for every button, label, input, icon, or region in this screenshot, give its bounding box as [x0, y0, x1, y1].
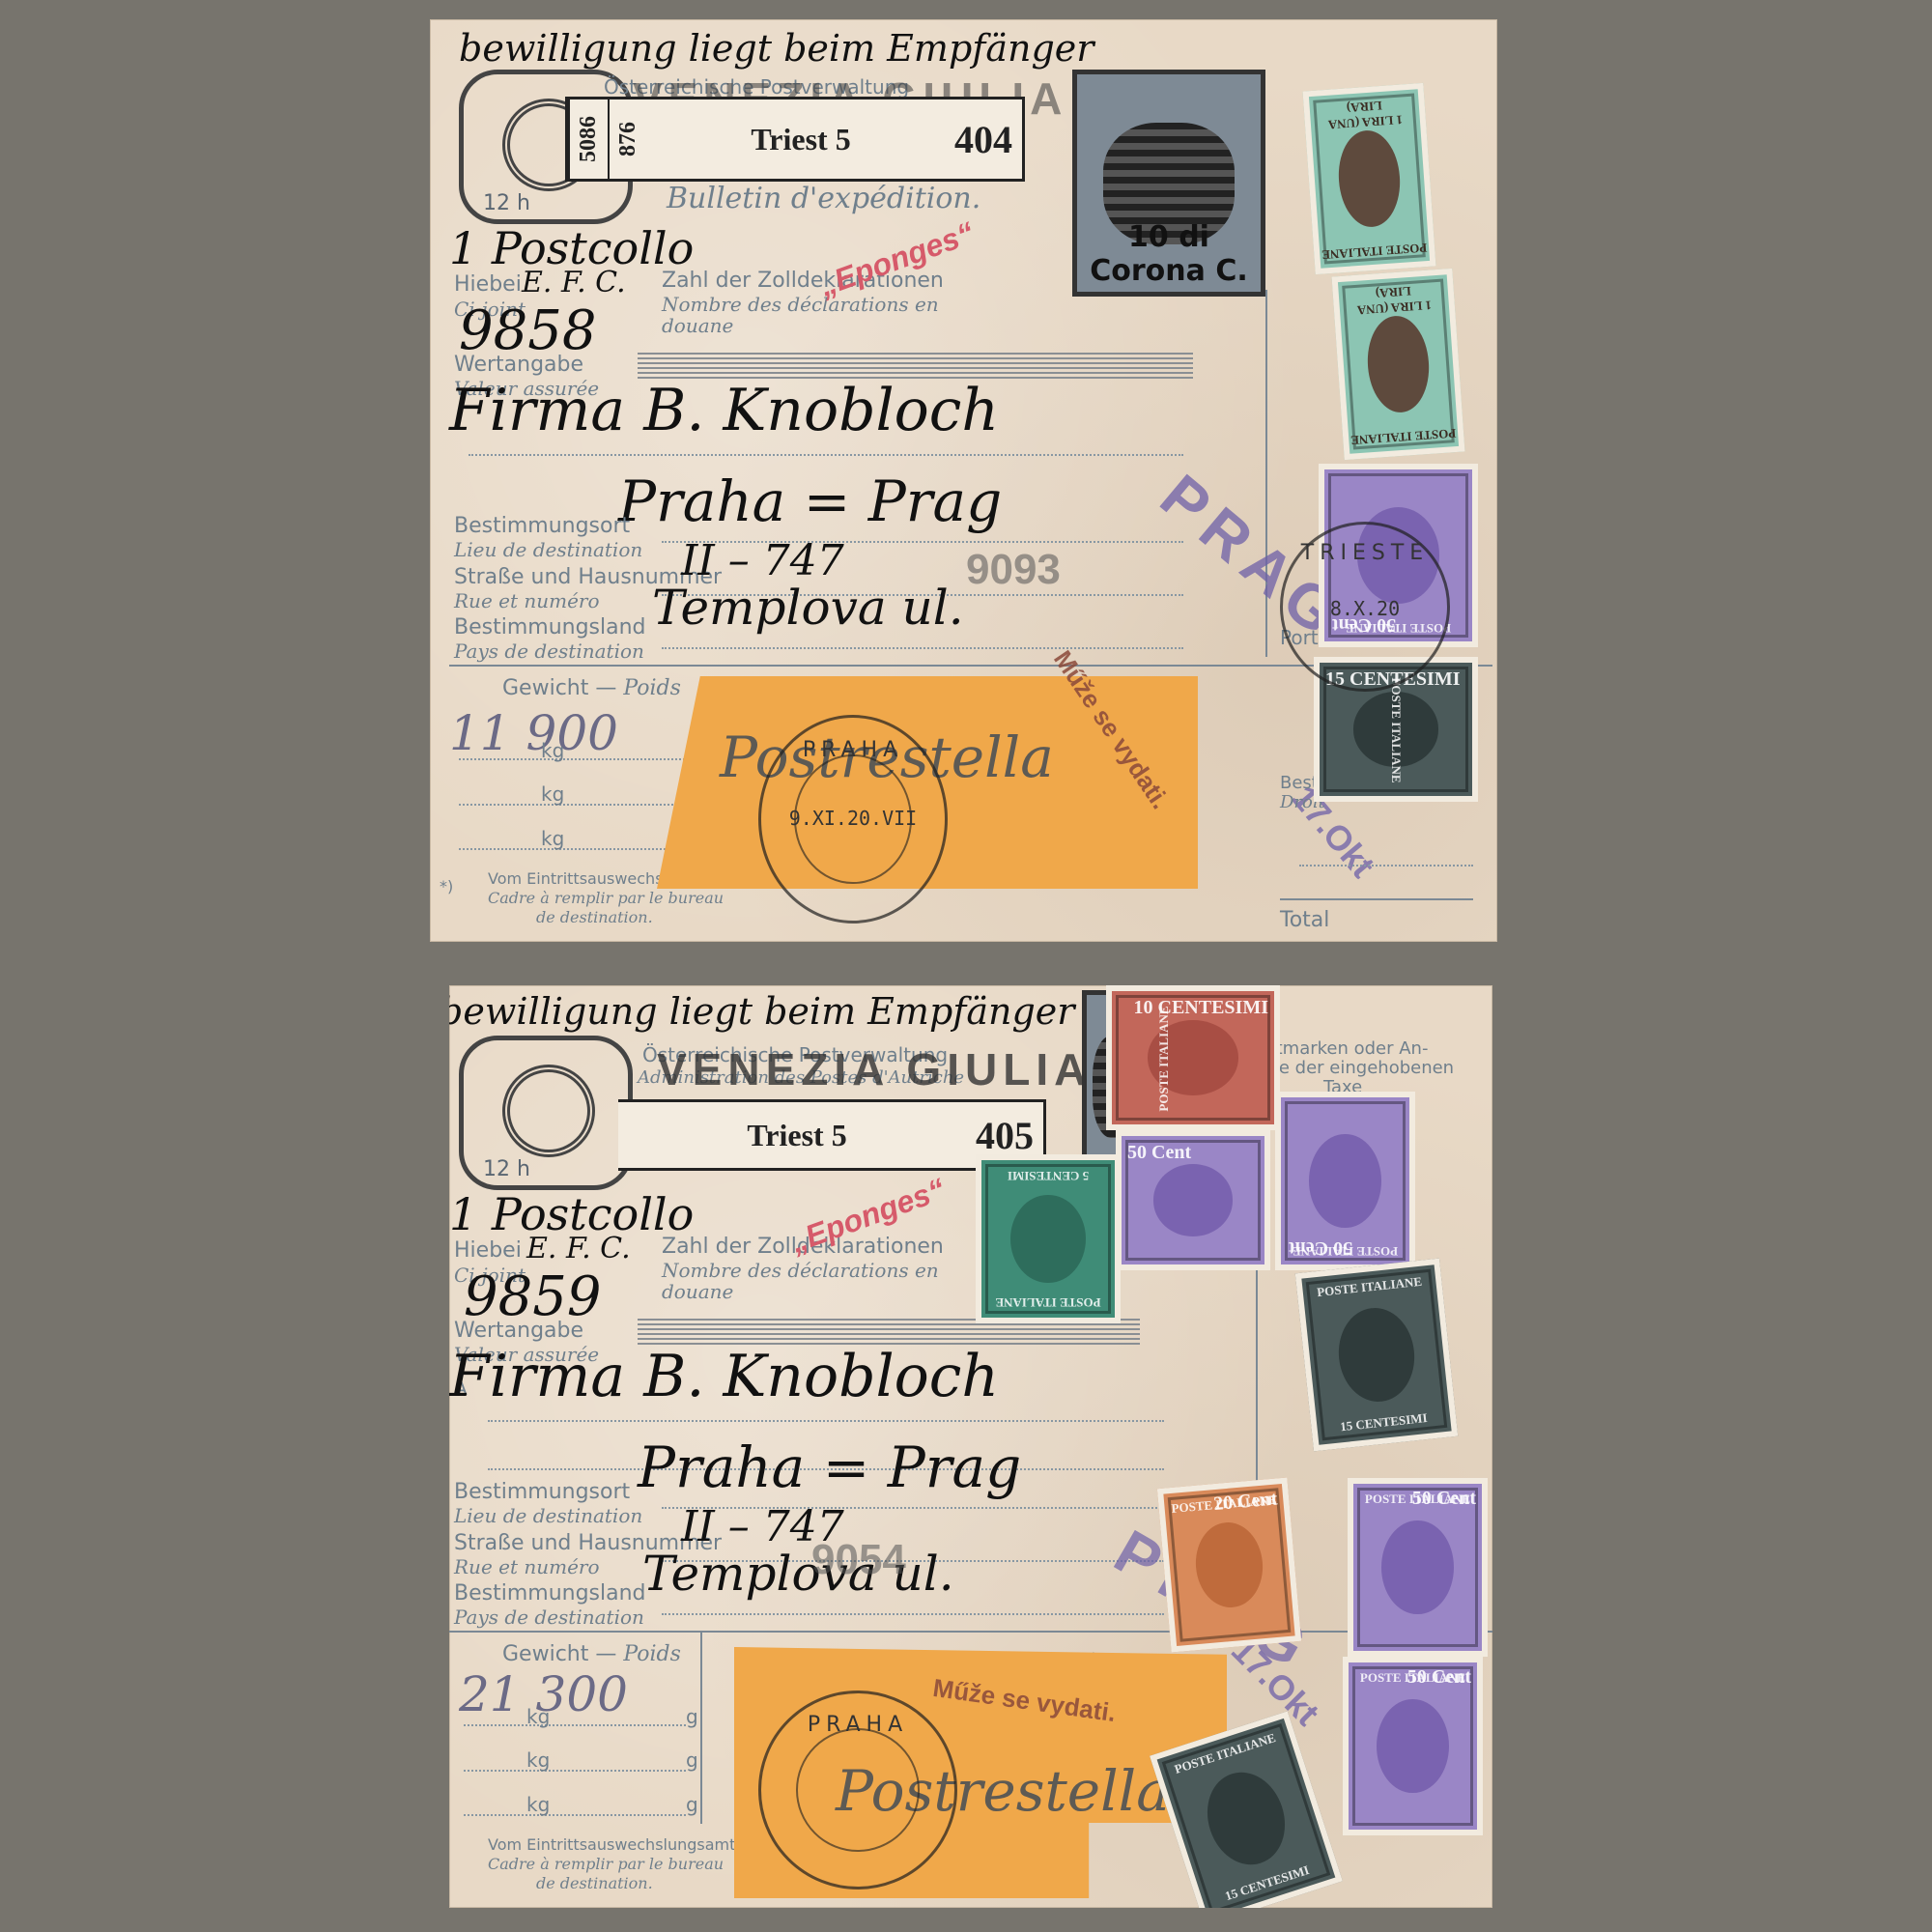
trieste-postmark: TRIESTE 8.X.20: [1280, 522, 1450, 692]
stamp-20-cent: POSTE ITALIANE 20 Cent: [1157, 1477, 1301, 1652]
destination-city: Praha = Prag: [638, 1435, 1021, 1500]
hiebei-value: E. F. C.: [522, 266, 626, 299]
label-office: Triest 5: [647, 122, 954, 157]
weight-value: 11 900: [449, 705, 618, 761]
praha-postmark: PRAHA 9.XI.20.VII: [758, 715, 948, 923]
stamp-1-lira: 1 LIRA (UNA LIRA) POSTE ITALIANE: [1303, 83, 1436, 274]
stamp-50-cent-inverted: POSTE ITALIANE 50 Cent: [1275, 1092, 1415, 1270]
stamp-1-lira-2: 1 LIRA (UNA LIRA) POSTE ITALIANE: [1332, 269, 1465, 460]
praha-postmark: PRAHA: [758, 1690, 957, 1889]
bulletin-label: Bulletin d'expédition.: [667, 182, 980, 215]
venezia-giulia-cancel: 12 h: [459, 1036, 633, 1190]
stamp-15-centesimi: POSTE ITALIANE 15 CENTESIMI: [1295, 1259, 1459, 1452]
printed-indicia-10-corona: 10 di Corona C.: [1072, 70, 1265, 297]
label-office: Triest 5: [618, 1118, 976, 1153]
street-name: Templova ul.: [642, 1546, 954, 1602]
hiebei-value: E. F. C.: [526, 1232, 631, 1265]
stamp-10-centesimi: POSTE ITALIANE 10 CENTESIMI: [1106, 985, 1280, 1130]
weight-label: Gewicht — Poids: [502, 1642, 681, 1666]
label-number: 404: [954, 117, 1022, 162]
parcel-label-404: 5086 876 Triest 5 404: [565, 97, 1025, 182]
stamp-50-cent-sideways: 50 Cent: [1116, 1130, 1270, 1270]
addressee: Firma B. Knobloch: [449, 377, 999, 444]
handwritten-top-note: bewilligung liegt beim Empfänger: [459, 27, 1094, 70]
stamp-5-centesimi: 5 CENTESIMI POSTE ITALIANE: [976, 1154, 1121, 1323]
overprint-venezia-giulia: VENEZIA GIULIA: [657, 1043, 1092, 1095]
arrival-number: 9093: [966, 546, 1061, 594]
handwritten-top-note: bewilligung liegt beim Empfänger: [449, 990, 1074, 1033]
stamp-50-cent-upright-1: POSTE ITALIANE 50 Cent: [1348, 1478, 1488, 1657]
arrival-number: 9054: [811, 1536, 906, 1584]
parcel-card-1: bewilligung liegt beim Empfänger 12 h Ös…: [430, 19, 1497, 942]
stamp-50-cent-upright-2: POSTE ITALIANE 50 Cent: [1343, 1657, 1483, 1835]
parcel-card-2: bewilligung liegt beim Empfänger 12 h Ös…: [449, 985, 1492, 1908]
weight-label: Gewicht — Poids: [502, 676, 681, 700]
destination-city: Praha = Prag: [618, 469, 1002, 534]
street-district: II – 747: [681, 536, 844, 585]
addressee: Firma B. Knobloch: [449, 1343, 999, 1410]
street-name: Templova ul.: [652, 580, 964, 636]
label-number: 405: [976, 1113, 1043, 1158]
